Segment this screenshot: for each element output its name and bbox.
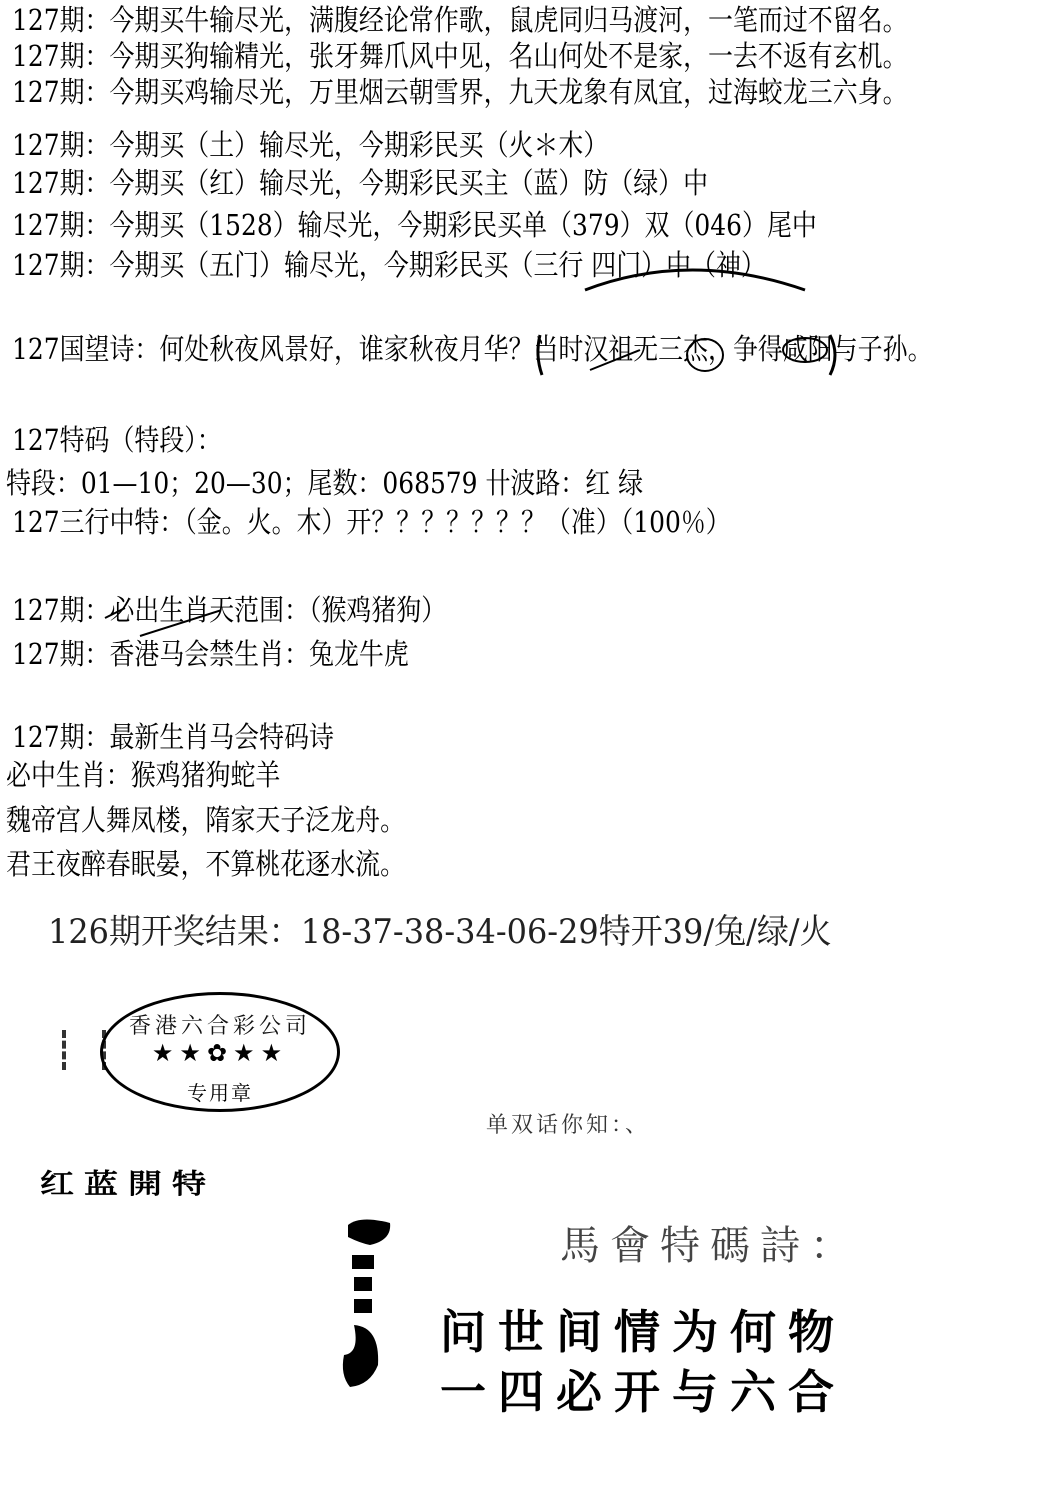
zodiac-banned: 127期：香港马会禁生肖：兔龙牛虎 — [12, 638, 409, 670]
stamp-top-text: 香港六合彩公司 — [103, 1009, 337, 1040]
red-blue-title: 红蓝開特 — [40, 1162, 216, 1201]
must-win-zodiac: 必中生肖：猴鸡猪狗蛇羊 — [6, 759, 280, 791]
prediction-line: 127期：今期买牛输尽光，满腹经论常作歌，鼠虎同归马渡河，一笔而过不留名。 — [12, 4, 908, 36]
latest-poem-header: 127期：最新生肖马会特码诗 — [12, 721, 334, 753]
prediction-line: 127期：今期买鸡输尽光，万里烟云朝雪界，九天龙象有凤宜，过海蛟龙三六身。 — [12, 76, 908, 108]
odd-even-hint: 单双话你知：、 — [486, 1108, 650, 1139]
draw-result: 126期开奖结果：18-37-38-34-06-29特开39/兔/绿/火 — [48, 912, 832, 952]
guowang-poem: 127国望诗：何处秋夜风景好，谁家秋夜月华？当时汉祖无三杰，争得咸阳与子孙。 — [12, 333, 933, 365]
tema-segments: 特段：01—10；20—30；尾数：068579 卄波路：红 绿 — [6, 467, 643, 499]
zodiac-range: 127期：必出生肖天范围：（猴鸡猪狗） — [12, 594, 446, 626]
horse-poem-line-2: 一四必开与六合 — [440, 1356, 846, 1422]
three-elements: 127三行中特：（金。火。木）开？？？？？？？（准）（100％） — [12, 506, 731, 538]
horse-poem-line-1: 问世间情为何物 — [440, 1296, 846, 1362]
stamp-stars-icon: ★★✿★★ — [103, 1039, 337, 1067]
prediction-line: 127期：今期买狗输精光，张牙舞爪风中见，名山何处不是家，一去不返有玄机。 — [12, 40, 908, 72]
ornament-icon — [340, 1215, 400, 1395]
poem-verse-2: 君王夜醉春眠晏，不算桃花逐水流。 — [6, 848, 405, 880]
prediction-line: 127期：今期买（土）输尽光，今期彩民买（火＊木） — [12, 129, 608, 161]
prediction-line: 127期：今期买（五门）输尽光，今期彩民买（三行 四门）中（神） — [12, 249, 766, 281]
stamp-bottom-text: 专用章 — [103, 1077, 337, 1106]
horse-poem-title: 馬會特碼詩： — [560, 1214, 860, 1271]
poem-verse-1: 魏帝宫人舞凤楼，隋家天子泛龙舟。 — [6, 804, 405, 836]
prediction-line: 127期：今期买（1528）输尽光，今期彩民买单（379）双（046）尾中 — [12, 209, 817, 241]
tema-header: 127特码（特段）： — [12, 424, 222, 456]
official-stamp: 香港六合彩公司 ★★✿★★ 专用章 — [100, 992, 340, 1112]
prediction-line: 127期：今期买（红）输尽光，今期彩民买主（蓝）防（绿）中 — [12, 167, 708, 199]
